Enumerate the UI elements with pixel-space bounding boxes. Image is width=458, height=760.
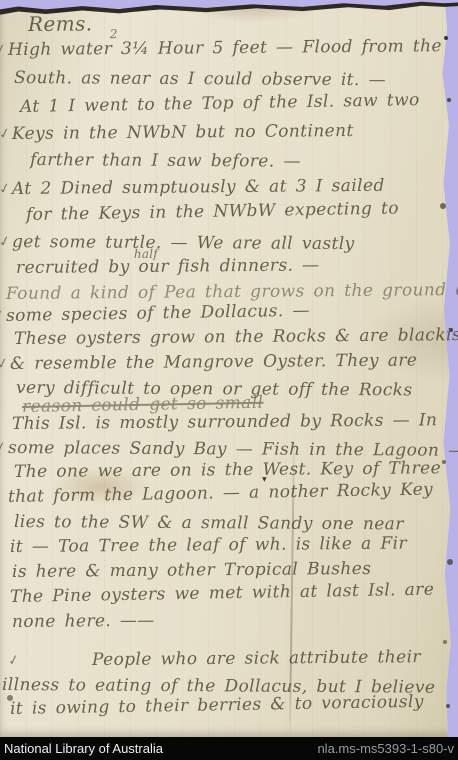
manuscript-line-text: recruited by our fish dinners. —: [16, 255, 320, 278]
manuscript-text: Rems.✓High water 3¼ Hour 5 feet — Flood …: [0, 0, 458, 737]
margin-tick-mark: ✓: [0, 234, 12, 250]
manuscript-line-text: & resemble the Mangrove Oyster. They are: [10, 350, 418, 374]
manuscript-line: The Pine oysters we met with at last Isl…: [10, 582, 434, 606]
manuscript-line-text: South. as near as I could observe it. —: [14, 68, 386, 90]
manuscript-line: for the Keys in the NWbW expecting to: [26, 200, 399, 224]
manuscript-line: ✓High water 3¼ Hour 5 feet — Flood from …: [8, 38, 442, 59]
manuscript-line: none here. ——: [12, 613, 155, 631]
manuscript-line-text: farther than I saw before. —: [30, 150, 301, 172]
manuscript-line-text: some places Sandy Bay — Fish in the Lago…: [8, 438, 458, 461]
manuscript-line-text: At 1 I went to the Top of the Isl. saw t…: [20, 90, 420, 117]
interlinear-insertion: 2: [110, 28, 118, 40]
manuscript-line-text: People who are sick attribute their: [92, 647, 421, 670]
manuscript-line-text: lies to the SW & a small Sandy one near: [14, 512, 404, 534]
manuscript-line: ✓Keys in the NWbN but no Continent: [12, 123, 354, 143]
manuscript-line: At 1 I went to the Top of the Isl. saw t…: [20, 92, 420, 116]
manuscript-line: ✓some species of the Dollacus. —: [6, 303, 310, 325]
manuscript-line-text: This Isl. is mostly surrounded by Rocks …: [12, 410, 437, 434]
manuscript-line-text: some species of the Dollacus. —: [6, 301, 310, 326]
manuscript-line: farther than I saw before. —: [30, 152, 301, 171]
manuscript-line: it — Toa Tree the leaf of wh. is like a …: [10, 536, 407, 556]
manuscript-line-text: At 2 Dined sumptuously & at 3 I sailed: [12, 176, 385, 199]
manuscript-line: ✓People who are sick attribute their: [92, 649, 421, 669]
manuscript-line-text: that form the Lagoon. — a nother Rocky K…: [8, 480, 433, 507]
manuscript-line-text: The Pine oysters we met with at last Isl…: [10, 580, 435, 607]
margin-tick-mark: ✓: [7, 653, 22, 669]
manuscript-line-text: Rems.: [28, 11, 93, 36]
manuscript-line: Rems.: [28, 13, 93, 34]
manuscript-line: that form the Lagoon. — a nother Rocky K…: [8, 482, 433, 506]
margin-tick-mark: ✓: [0, 356, 11, 372]
manuscript-line-text: for the Keys in the NWbW expecting to: [26, 198, 399, 225]
manuscript-line: is here & many other Tropical Bushes: [12, 561, 371, 581]
attribution-bar: National Library of Australia nla.ms-ms5…: [0, 737, 458, 760]
margin-tick-mark: ✓: [0, 126, 13, 142]
manuscript-line-text: it is owing to their berries & to voraci…: [10, 692, 424, 719]
manuscript-line: lies to the SW & a small Sandy one near: [14, 514, 404, 533]
manuscript-line: ✓At 2 Dined sumptuously & at 3 I sailed: [12, 178, 385, 198]
manuscript-line-text: is here & many other Tropical Bushes: [12, 559, 372, 582]
image-id: nla.ms-ms5393-1-s80-v: [317, 741, 454, 756]
manuscript-line-text: Found a kind of Pea that grows on the gr…: [6, 280, 458, 304]
manuscript-line-text: The one we are on is the West. Key of Th…: [14, 458, 441, 482]
manuscript-line: Found a kind of Pea that grows on the gr…: [6, 282, 458, 303]
manuscript-line: South. as near as I could observe it. —: [14, 70, 386, 89]
manuscript-line: it is owing to their berries & to voraci…: [10, 694, 424, 718]
manuscript-line-text: get some turtle. — We are all vastly: [12, 232, 355, 254]
margin-tick-mark: ✓: [0, 181, 13, 197]
manuscript-line-text: High water 3¼ Hour 5 feet — Flood from t…: [8, 36, 442, 60]
interlinear-insertion: half: [134, 248, 158, 260]
library-name: National Library of Australia: [4, 741, 163, 756]
manuscript-line: The one we are on is the West. Key of Th…: [14, 460, 441, 481]
manuscript-line: ✓& resemble the Mangrove Oyster. They ar…: [10, 352, 418, 373]
scanned-page: Rems.✓High water 3¼ Hour 5 feet — Flood …: [0, 0, 458, 760]
manuscript-line: recruited by our fish dinners. —half: [16, 257, 320, 277]
manuscript-line-text: These oysters grow on the Rocks & are bl…: [14, 325, 458, 349]
manuscript-line: These oysters grow on the Rocks & are bl…: [14, 327, 458, 348]
manuscript-line: ✓get some turtle. — We are all vastly: [12, 234, 355, 253]
manuscript-line-text: none here. ——: [12, 611, 155, 632]
manuscript-line: This Isl. is mostly surrounded by Rocks …: [12, 412, 437, 433]
manuscript-line-text: Keys in the NWbN but no Continent: [12, 121, 354, 144]
manuscript-line: ✓some places Sandy Bay — Fish in the Lag…: [8, 440, 458, 460]
manuscript-line-text: it — Toa Tree the leaf of wh. is like a …: [10, 534, 407, 557]
